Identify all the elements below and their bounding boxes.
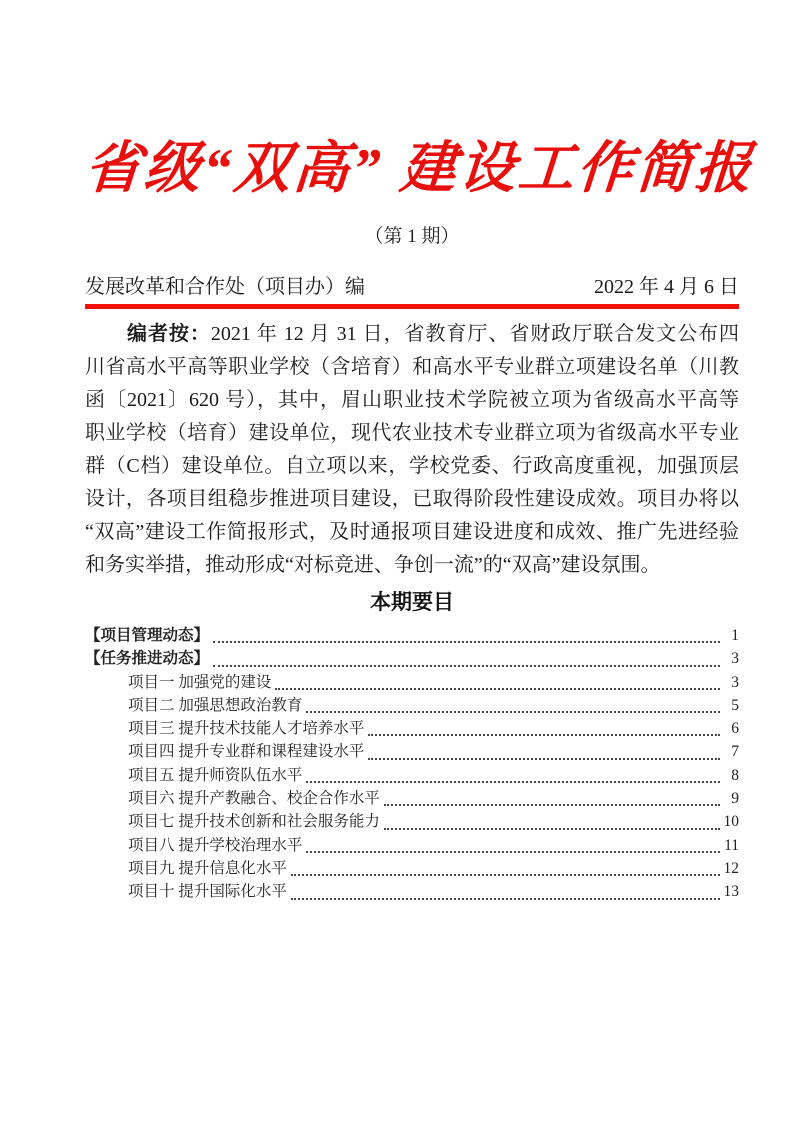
toc-entry-page: 3	[723, 650, 739, 668]
toc-entry-label: 项目五 提升师资队伍水平	[128, 763, 302, 785]
toc-entry-label: 项目九 提升信息化水平	[128, 856, 287, 878]
toc-leader-dots	[384, 828, 720, 830]
toc-entry: 【任务推进动态】 3	[85, 646, 739, 669]
editor-note-line: 职业学校（培育）建设单位，现代农业技术专业群立项为省级高水平专业	[85, 417, 739, 450]
document-page: { "colors": { "title_red": "#e8100d", "r…	[0, 0, 794, 1123]
toc-entry-page: 1	[723, 627, 739, 645]
toc-leader-dots	[384, 804, 720, 806]
editor-note-paragraph: 编者按：2021 年 12 月 31 日，省教育厅、省财政厅联合发文公布四 川省…	[85, 318, 739, 582]
editor-note-text: 2021 年 12 月 31 日，省教育厅、省财政厅联合发文公布四	[211, 323, 739, 345]
toc-entry-label: 项目二 加强思想政治教育	[128, 693, 302, 715]
editor-note-line: 川省高水平高等职业学校（含培育）和高水平专业群立项建设名单（川教	[85, 351, 739, 384]
toc-entry-page: 11	[723, 837, 739, 855]
toc-entry-label: 【任务推进动态】	[85, 646, 209, 668]
toc-entry-page: 9	[723, 790, 739, 808]
toc-entry: 项目四 提升专业群和课程建设水平 7	[85, 739, 739, 762]
toc-entry-label: 项目三 提升技术技能人才培养水平	[128, 716, 364, 738]
editor-note-line: 群（C档）建设单位。自立项以来，学校党委、行政高度重视，加强顶层	[85, 450, 739, 483]
toc-entry-page: 3	[723, 674, 739, 692]
toc-entry-label: 项目一 加强党的建设	[128, 670, 271, 692]
toc-entry: 项目九 提升信息化水平 12	[85, 856, 739, 879]
publish-date: 2022 年 4 月 6 日	[594, 274, 739, 301]
toc-entry: 项目二 加强思想政治教育 5	[85, 693, 739, 716]
toc-entry: 项目一 加强党的建设 3	[85, 670, 739, 693]
toc-entry-label: 项目八 提升学校治理水平	[128, 833, 302, 855]
toc-leader-dots	[275, 688, 720, 690]
toc-leader-dots	[306, 711, 720, 713]
toc-leader-dots	[213, 665, 720, 667]
toc-entry: 项目六 提升产教融合、校企合作水平 9	[85, 786, 739, 809]
masthead-byline: 发展改革和合作处（项目办）编 2022 年 4 月 6 日	[85, 274, 739, 301]
toc-leader-dots	[213, 641, 720, 643]
toc-entry-page: 12	[723, 860, 739, 878]
editor-note-label: 编者按：	[127, 323, 211, 345]
editor-note-line: 编者按：2021 年 12 月 31 日，省教育厅、省财政厅联合发文公布四	[85, 318, 739, 351]
toc-entry-page: 6	[723, 720, 739, 738]
toc-leader-dots	[368, 758, 720, 760]
issue-number: （第 1 期）	[85, 224, 739, 250]
toc-leader-dots	[291, 898, 720, 900]
toc-entry-label: 项目十 提升国际化水平	[128, 879, 287, 901]
table-of-contents: 【项目管理动态】 1 【任务推进动态】 3 项目一 加强党的建设 3 项目二 加…	[85, 623, 739, 903]
editor-note-line: “双高”建设工作简报形式，及时通报项目建设进度和成效、推广先进经验	[85, 516, 739, 549]
toc-leader-dots	[306, 851, 720, 853]
toc-entry: 项目八 提升学校治理水平 11	[85, 833, 739, 856]
bulletin-title: 省级“双高” 建设工作简报	[82, 130, 741, 208]
editor-office: 发展改革和合作处（项目办）编	[85, 274, 365, 301]
toc-entry: 【项目管理动态】 1	[85, 623, 739, 646]
page-content: 省级“双高” 建设工作简报 （第 1 期） 发展改革和合作处（项目办）编 202…	[85, 0, 739, 1123]
toc-entry-page: 13	[723, 883, 739, 901]
toc-leader-dots	[368, 734, 720, 736]
editor-note-line: 和务实举措，推动形成“对标竞进、争创一流”的“双高”建设氛围。	[85, 549, 739, 582]
toc-entry-page: 10	[723, 813, 739, 831]
toc-entry: 项目三 提升技术技能人才培养水平 6	[85, 716, 739, 739]
toc-entry: 项目五 提升师资队伍水平 8	[85, 763, 739, 786]
toc-entry-page: 7	[723, 743, 739, 761]
toc-entry: 项目七 提升技术创新和社会服务能力 10	[85, 809, 739, 832]
editor-note-line: 设计，各项目组稳步推进项目建设，已取得阶段性建设成效。项目办将以	[85, 483, 739, 516]
toc-leader-dots	[306, 781, 720, 783]
toc-entry-page: 8	[723, 767, 739, 785]
toc-entry-label: 项目六 提升产教融合、校企合作水平	[128, 786, 380, 808]
toc-entry-label: 项目七 提升技术创新和社会服务能力	[128, 809, 380, 831]
editor-note-line: 函〔2021〕620 号），其中，眉山职业技术学院被立项为省级高水平高等	[85, 384, 739, 417]
toc-entry: 项目十 提升国际化水平 13	[85, 879, 739, 902]
toc-leader-dots	[291, 874, 720, 876]
toc-heading: 本期要目	[85, 588, 739, 618]
toc-entry-label: 项目四 提升专业群和课程建设水平	[128, 739, 364, 761]
toc-entry-label: 【项目管理动态】	[85, 623, 209, 645]
toc-entry-page: 5	[723, 697, 739, 715]
red-divider-rule	[85, 304, 739, 309]
